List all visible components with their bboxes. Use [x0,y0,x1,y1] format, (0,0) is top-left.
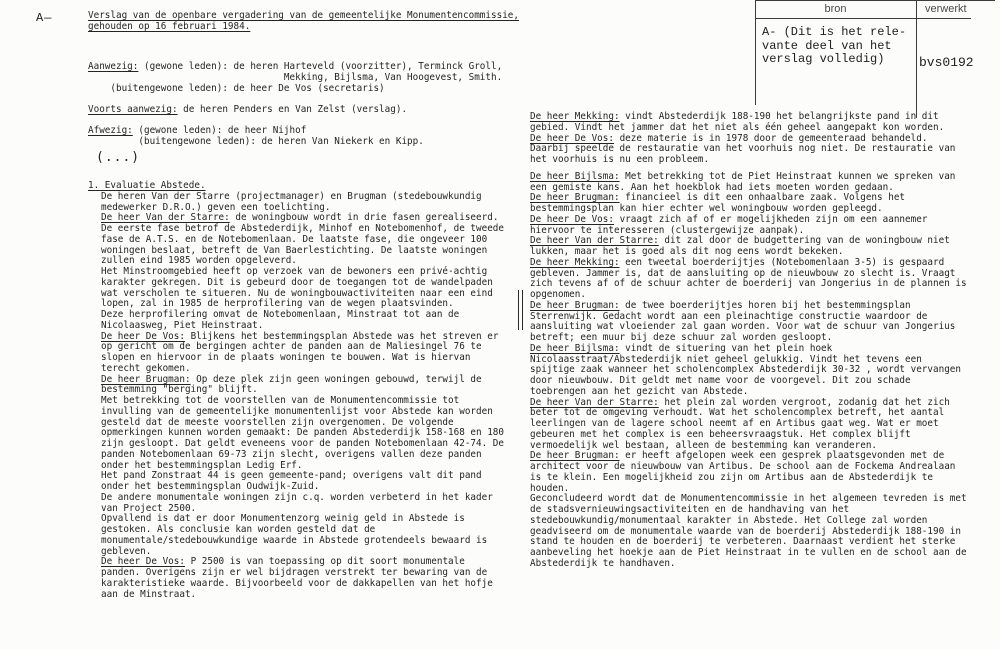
minutes-paragraph: De heer Van der Starre: dit zal door de … [530,236,967,258]
attendance-label: Voorts aanwezig: [88,104,178,115]
document-page: A— Verslag van de openbare vergadering v… [0,0,1000,649]
attendance-continuation: (buitengewone leden): de heer De Vos (se… [88,83,533,94]
registration-box-header-verwerkt: verwerkt [925,3,967,15]
speaker-label: De heer Mekking: [530,257,620,268]
scanned-minutes-document: { "colors": { "paper": "#fcfcfa", "ink":… [0,0,1000,649]
registration-box-left-border [755,0,756,105]
minutes-paragraph: Deze herprofilering omvat de Notebomenla… [101,310,509,332]
minutes-paragraph: De heer Bijlsma: Met betrekking tot de P… [530,172,967,194]
attendance-continuation: (buitengewone leden): de heren Van Nieke… [88,136,533,147]
speaker-label: De heer Brugman: [101,374,191,385]
minutes-paragraph: Geconcludeerd wordt dat de Monumentencom… [530,494,967,569]
attendance-entry: Afwezig: (gewone leden): de heer Nijhof … [88,125,533,147]
speaker-label: De heer De Vos: [530,214,614,225]
left-column: 1. Evaluatie Abstede. De heren Van der S… [88,181,509,600]
speaker-label: De heer Van der Starre: [530,397,659,408]
minutes-paragraph: De heer Van der Starre: de woningbouw wo… [101,213,509,267]
registration-box-header-bron: bron [755,3,916,15]
speaker-label: De heer De Vos: [101,331,185,342]
speaker-label: De heer Mekking: [530,111,620,122]
registration-code: bvs0192 [919,55,974,70]
registration-box-header-rule [755,18,971,19]
document-header: Verslag van de openbare vergadering van … [88,10,533,163]
minutes-paragraph: Met betrekking tot de voorstellen van de… [101,396,509,471]
minutes-paragraph: De heer De Vos: vraagt zich af of er mog… [530,215,967,237]
minutes-paragraph: De heer De Vos: deze materie is in 1978 … [530,134,967,166]
attendance-continuation: Mekking, Bijlsma, Van Hoogevest, Smith. [88,72,533,83]
minutes-paragraph: Opvallend is dat er door Monumentenzorg … [101,514,509,557]
attendance-entry: Voorts aanwezig: de heren Penders en Van… [88,104,533,115]
document-title-line-2: gehouden op 16 februari 1984. [88,21,533,32]
omission-mark: (...) [96,152,533,163]
minutes-paragraph: De heer Mekking: een tweetal boerderijtj… [530,258,967,301]
right-column: De heer Mekking: vindt Abstederdijk 188-… [530,112,967,570]
minutes-paragraph: De andere monumentale woningen zijn c.q.… [101,493,509,515]
speaker-label: De heer Bijlsma: [530,171,620,182]
minutes-paragraph: Het pand Zonstraat 44 is geen gemeente-p… [101,471,509,493]
minutes-paragraph: De heren Van der Starre (projectmanager)… [101,192,509,214]
attendance-list: Aanwezig: (gewone leden): de heren Harte… [88,61,533,147]
registration-note: A- (Dit is het rele- vante deel van het … [762,26,906,67]
margin-mark [518,290,523,330]
speaker-label: De heer Van der Starre: [530,235,659,246]
minutes-paragraph: De heer De Vos: Blijkens het bestemmings… [101,332,509,375]
speaker-label: De heer Bijlsma: [530,343,620,354]
speaker-label: De heer Brugman: [530,192,620,203]
minutes-paragraph: De heer Brugman: de twee boerderijtjes h… [530,301,967,344]
speaker-label: De heer Brugman: [530,450,620,461]
minutes-paragraph: De heer De Vos: P 2500 is van toepassing… [101,557,509,600]
speaker-label: De heer Brugman: [530,300,620,311]
minutes-paragraph: De heer Brugman: er heeft afgelopen week… [530,451,967,494]
minutes-paragraph: De heer Mekking: vindt Abstederdijk 188-… [530,112,967,134]
registration-box-top-border [755,0,995,1]
minutes-paragraph: De heer Brugman: financieel is dit een o… [530,193,967,215]
left-column-paragraphs: De heren Van der Starre (projectmanager)… [101,192,509,601]
attendance-entry: Aanwezig: (gewone leden): de heren Harte… [88,61,533,94]
speaker-label: De heer De Vos: [530,133,614,144]
minutes-paragraph: Het Minstroomgebied heeft op verzoek van… [101,267,509,310]
minutes-paragraph: De heer Bijlsma: vindt de situering van … [530,344,967,398]
speaker-label: De heer De Vos: [101,556,185,567]
document-title-line-1: Verslag van de openbare vergadering van … [88,10,533,21]
minutes-paragraph: De heer Brugman: Op deze plek zijn geen … [101,375,509,397]
attendance-label: Aanwezig: [88,61,138,72]
minutes-paragraph: De heer Van der Starre: het plein zal wo… [530,398,967,452]
speaker-label: De heer Van der Starre: [101,212,230,223]
margin-marker: A— [36,11,52,25]
attendance-label: Afwezig: [88,125,133,136]
